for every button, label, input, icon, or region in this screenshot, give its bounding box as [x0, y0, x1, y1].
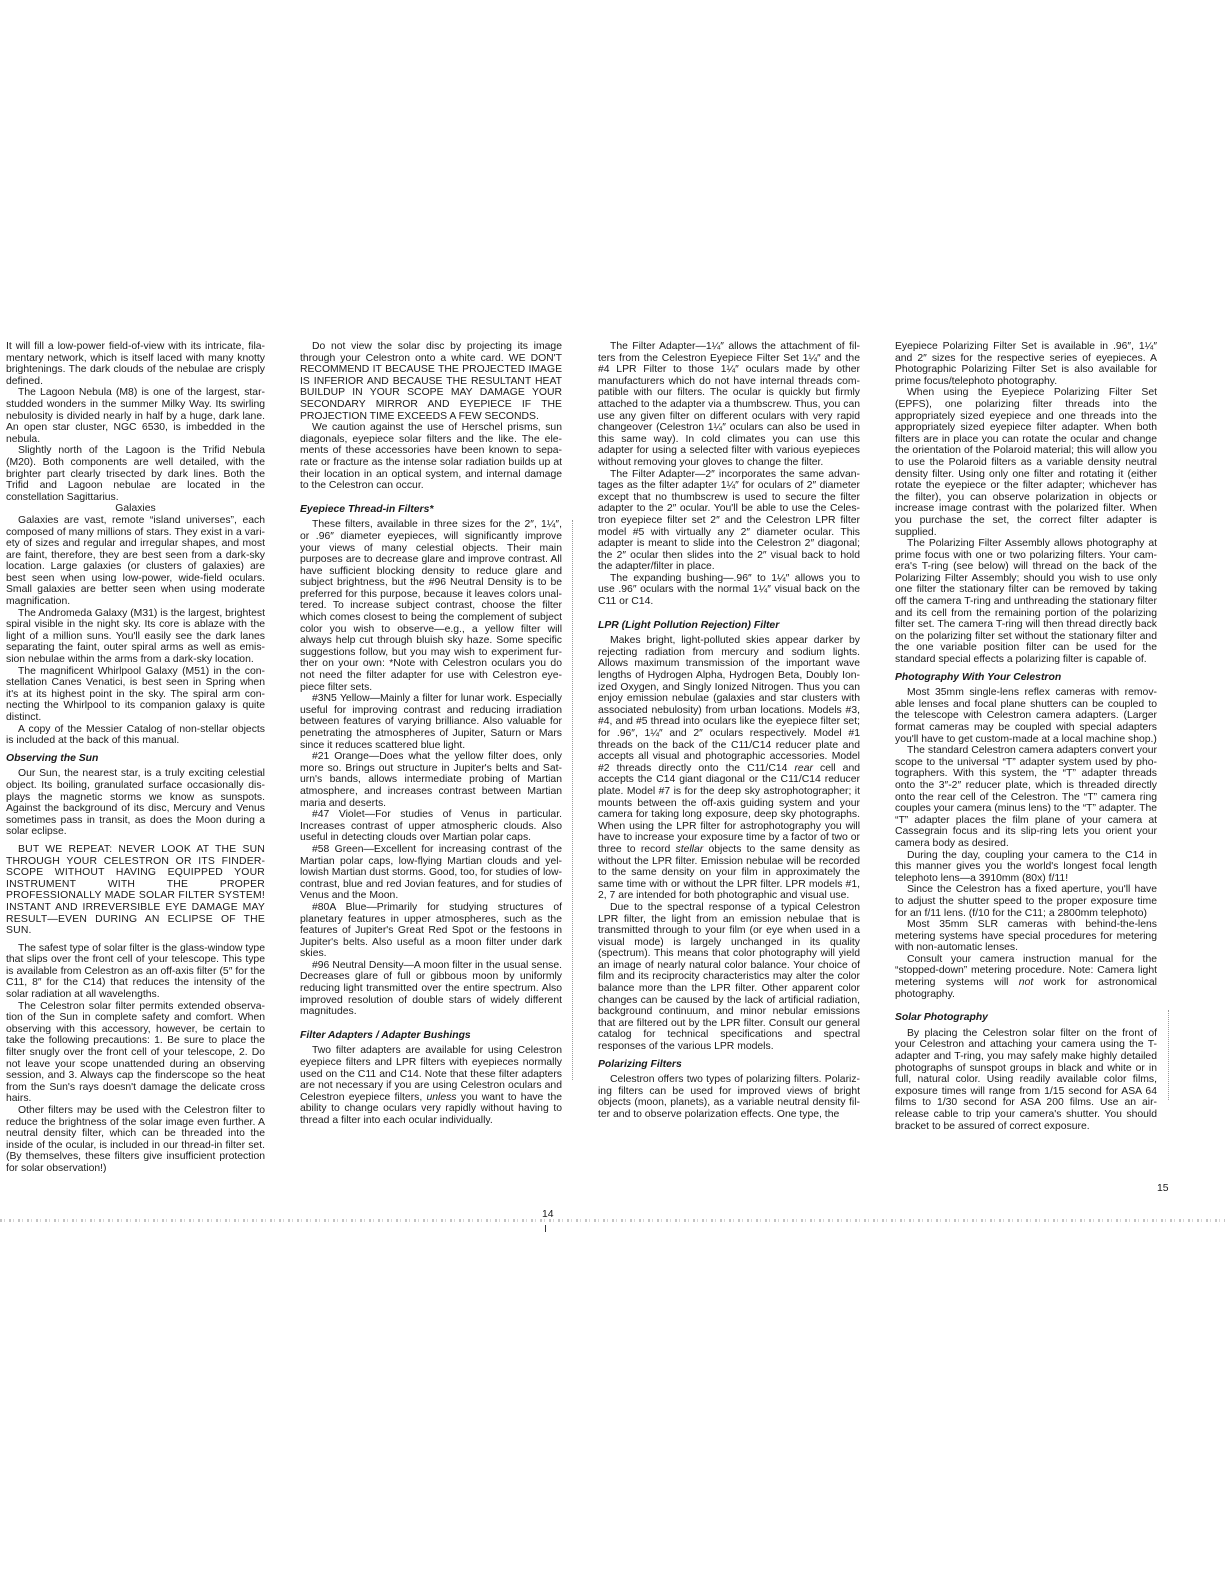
- page-number-right: 15: [1157, 1183, 1169, 1194]
- paragraph: The Celestron solar filter permits exten…: [6, 1001, 265, 1105]
- scan-margin-artifact: [572, 520, 574, 1080]
- warning-paragraph: BUT WE REPEAT: NEVER LOOK AT THE SUN THR…: [6, 844, 265, 937]
- paragraph: #96 Neutral Density—A moon filter in the…: [300, 960, 562, 1018]
- section-heading-solar-photography: Solar Photography: [895, 1012, 1157, 1024]
- paragraph: Most 35mm single-lens reflex cameras wit…: [895, 687, 1157, 745]
- column-3: The Filter Adapter—1¼″ allows the attach…: [598, 341, 860, 1121]
- section-heading-filter-adapters: Filter Adapters / Adapter Bushings: [300, 1030, 562, 1042]
- paragraph: Do not view the solar disc by projecting…: [300, 341, 562, 422]
- paragraph: #58 Green—Excellent for increasing contr…: [300, 844, 562, 902]
- paragraph: When using the Eyepiece Polarizing Filte…: [895, 387, 1157, 538]
- paragraph: #3N5 Yellow—Mainly a filter for lunar wo…: [300, 693, 562, 751]
- paragraph: The magnificent Whirlpool Galaxy (M51) i…: [6, 666, 265, 724]
- paragraph: #80A Blue—Primarily for studying structu…: [300, 902, 562, 960]
- paragraph: Makes bright, light-polluted skies appea…: [598, 635, 860, 902]
- paragraph: Celestron offers two types of polarizing…: [598, 1074, 860, 1120]
- paragraph: We caution against the use of Herschel p…: [300, 422, 562, 492]
- paragraph: The Filter Adapter—2″ incorporates the s…: [598, 469, 860, 573]
- paragraph: A copy of the Messier Catalog of non-ste…: [6, 724, 265, 747]
- section-heading-polarizing-filters: Polarizing Filters: [598, 1059, 860, 1071]
- column-2: Do not view the solar disc by projecting…: [300, 341, 562, 1127]
- section-heading-lpr-filter: LPR (Light Pollution Rejection) Filter: [598, 620, 860, 632]
- section-heading-photography: Photography With Your Celestron: [895, 672, 1157, 684]
- paragraph: The expanding bushing—.96″ to 1¼″ allows…: [598, 573, 860, 608]
- paragraph: Our Sun, the nearest star, is a truly ex…: [6, 768, 265, 838]
- paragraph: Other filters may be used with the Celes…: [6, 1105, 265, 1175]
- binding-mark: [545, 1225, 546, 1232]
- paragraph: The Lagoon Nebula (M8) is one of the lar…: [6, 387, 265, 445]
- paragraph: Since the Celestron has a fixed aperture…: [895, 884, 1157, 919]
- scan-margin-artifact: [1168, 1010, 1170, 1100]
- paragraph: Galaxies are vast, remote “island univer…: [6, 515, 265, 608]
- paragraph: Due to the spectral response of a typica…: [598, 902, 860, 1053]
- column-1: It will fill a low-power field-of-view w…: [6, 341, 265, 1175]
- scan-edge-line: [0, 1219, 1225, 1222]
- paragraph: The safest type of solar filter is the g…: [6, 943, 265, 1001]
- column-4: Eyepiece Polarizing Filter Set is availa…: [895, 341, 1157, 1132]
- paragraph: #21 Orange—Does what the yellow filter d…: [300, 751, 562, 809]
- paragraph: The Polarizing Filter Assembly allows ph…: [895, 538, 1157, 666]
- paragraph: The standard Celestron camera adapters c…: [895, 745, 1157, 849]
- paragraph: During the day, coupling your camera to …: [895, 850, 1157, 885]
- section-heading-thread-in-filters: Eyepiece Thread-in Filters*: [300, 504, 562, 516]
- paragraph: By placing the Celestron solar filter on…: [895, 1028, 1157, 1132]
- paragraph: The Filter Adapter—1¼″ allows the attach…: [598, 341, 860, 469]
- paragraph: It will fill a low-power field-of-view w…: [6, 341, 265, 387]
- paragraph: Eyepiece Polarizing Filter Set is availa…: [895, 341, 1157, 387]
- paragraph: The Andromeda Galaxy (M31) is the larges…: [6, 608, 265, 666]
- paragraph: Most 35mm SLR cameras with behind-the-le…: [895, 919, 1157, 954]
- paragraph: #47 Violet—For studies of Venus in parti…: [300, 809, 562, 844]
- paragraph: These filters, available in three sizes …: [300, 519, 562, 693]
- paragraph: Consult your camera instruction manual f…: [895, 954, 1157, 1000]
- paragraph: Slightly north of the Lagoon is the Trif…: [6, 445, 265, 503]
- section-heading-observing-sun: Observing the Sun: [6, 753, 265, 765]
- section-heading-galaxies: Galaxies: [6, 503, 265, 515]
- paragraph: Two filter adapters are available for us…: [300, 1045, 562, 1126]
